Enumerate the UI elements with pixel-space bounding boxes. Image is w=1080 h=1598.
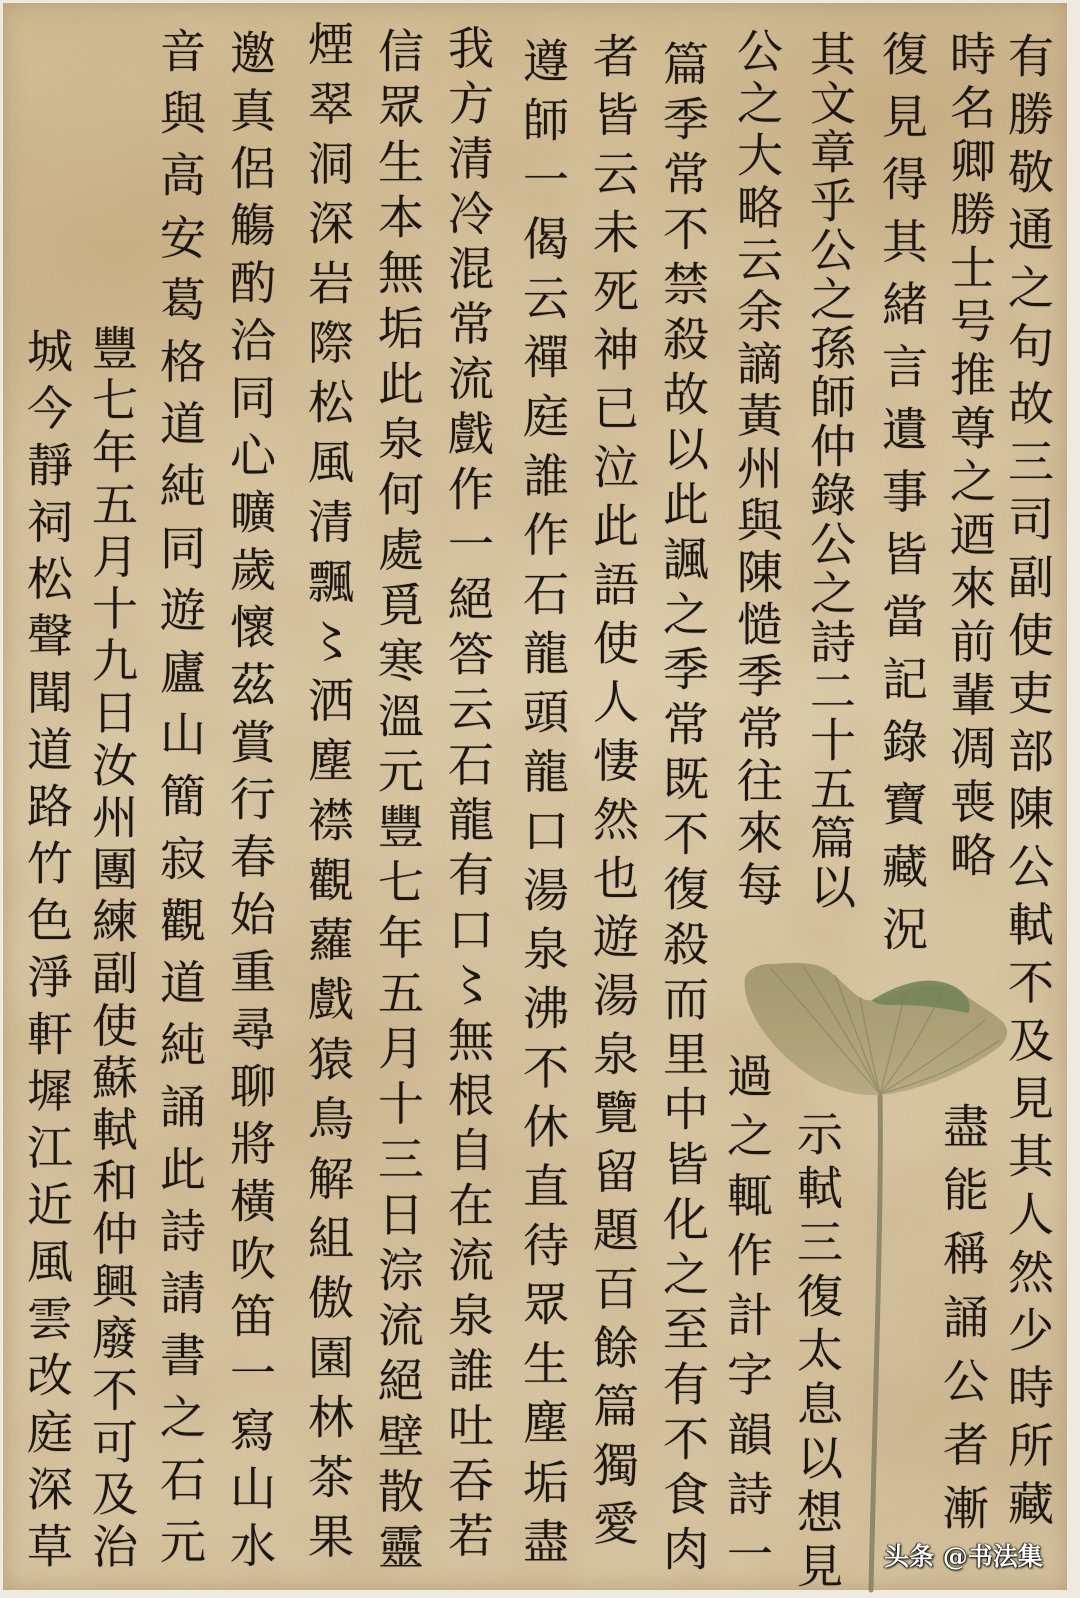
calligraphy-column-2-lower: 盡能稱誦公者漸 (940, 1102, 986, 1548)
calligraphy-column-15: 城今靜祠松聲聞道路竹色淨軒墀江近風雲改庭深草 (24, 327, 70, 1579)
calligraphy-column-5-upper: 公之大略云余謫黃州與陳慥季常往來每 (734, 27, 780, 913)
calligraphy-column-14-colophon: 豐七年五月十九日汝州團練副使蘇軾和仲興廢不可及治 (89, 324, 135, 1574)
calligraphy-column-7: 者皆云未死神已泣此語使人悽然也遊湯泉覽留題百餘篇獨愛 (590, 32, 636, 1558)
calligraphy-column-8: 遵師一偈云禪庭誰作石龍頭龍口湯泉沸不休直待眾生塵垢盡 (520, 37, 566, 1576)
calligraphy-column-12: 邀真侶觴酌洽同心曠歲懷茲賞行春始重尋聊將橫吹笛一寫山水 (227, 29, 273, 1579)
calligraphy-column-9: 我方清冷混常流戲作一絕答云石龍有口〻無根自在流泉誰吐吞若 (445, 24, 491, 1567)
calligraphy-column-10: 信眾生本無垢此泉何處覓寒溫元豐七年五月十三日淙流絕壁散靈 (375, 27, 421, 1578)
calligraphy-column-6: 篇季常不禁殺故以此諷之季常既不復殺而里中皆化之至有不食肉 (660, 40, 706, 1580)
calligraphy-column-5-lower: 過之輒作計字韻詩一 (724, 1052, 770, 1590)
calligraphy-column-11: 煙翠洞深岩際松風清飄〻洒塵襟觀蘿戲猿鳥解組傲園林茶果 (305, 20, 351, 1572)
calligraphy-text: 有勝敬通之句故三司副使吏部陳公軾不及見其人然少時所藏 時名卿勝士号推尊之迺來前輩… (0, 0, 1080, 1598)
calligraphy-column-13: 音與高安葛格道純同遊廬山簡寂觀道純誦此詩請書之石元 (157, 27, 203, 1580)
watermark: 头条 @书法集 (884, 1541, 1043, 1573)
calligraphy-column-2-upper: 時名卿勝士号推尊之迺來前輩凋喪略 (947, 30, 993, 884)
calligraphy-column-4-upper: 其文章乎公之孫師仲錄公之詩二十五篇以 (807, 30, 853, 912)
calligraphy-column-4-lower: 示軾三復太息以想見 (794, 1110, 840, 1596)
calligraphy-column-1: 有勝敬通之句故三司副使吏部陳公軾不及見其人然少時所藏 (1005, 32, 1051, 1537)
calligraphy-column-3: 復見得其緒言遺事皆當記錄寶藏況 (879, 30, 925, 968)
